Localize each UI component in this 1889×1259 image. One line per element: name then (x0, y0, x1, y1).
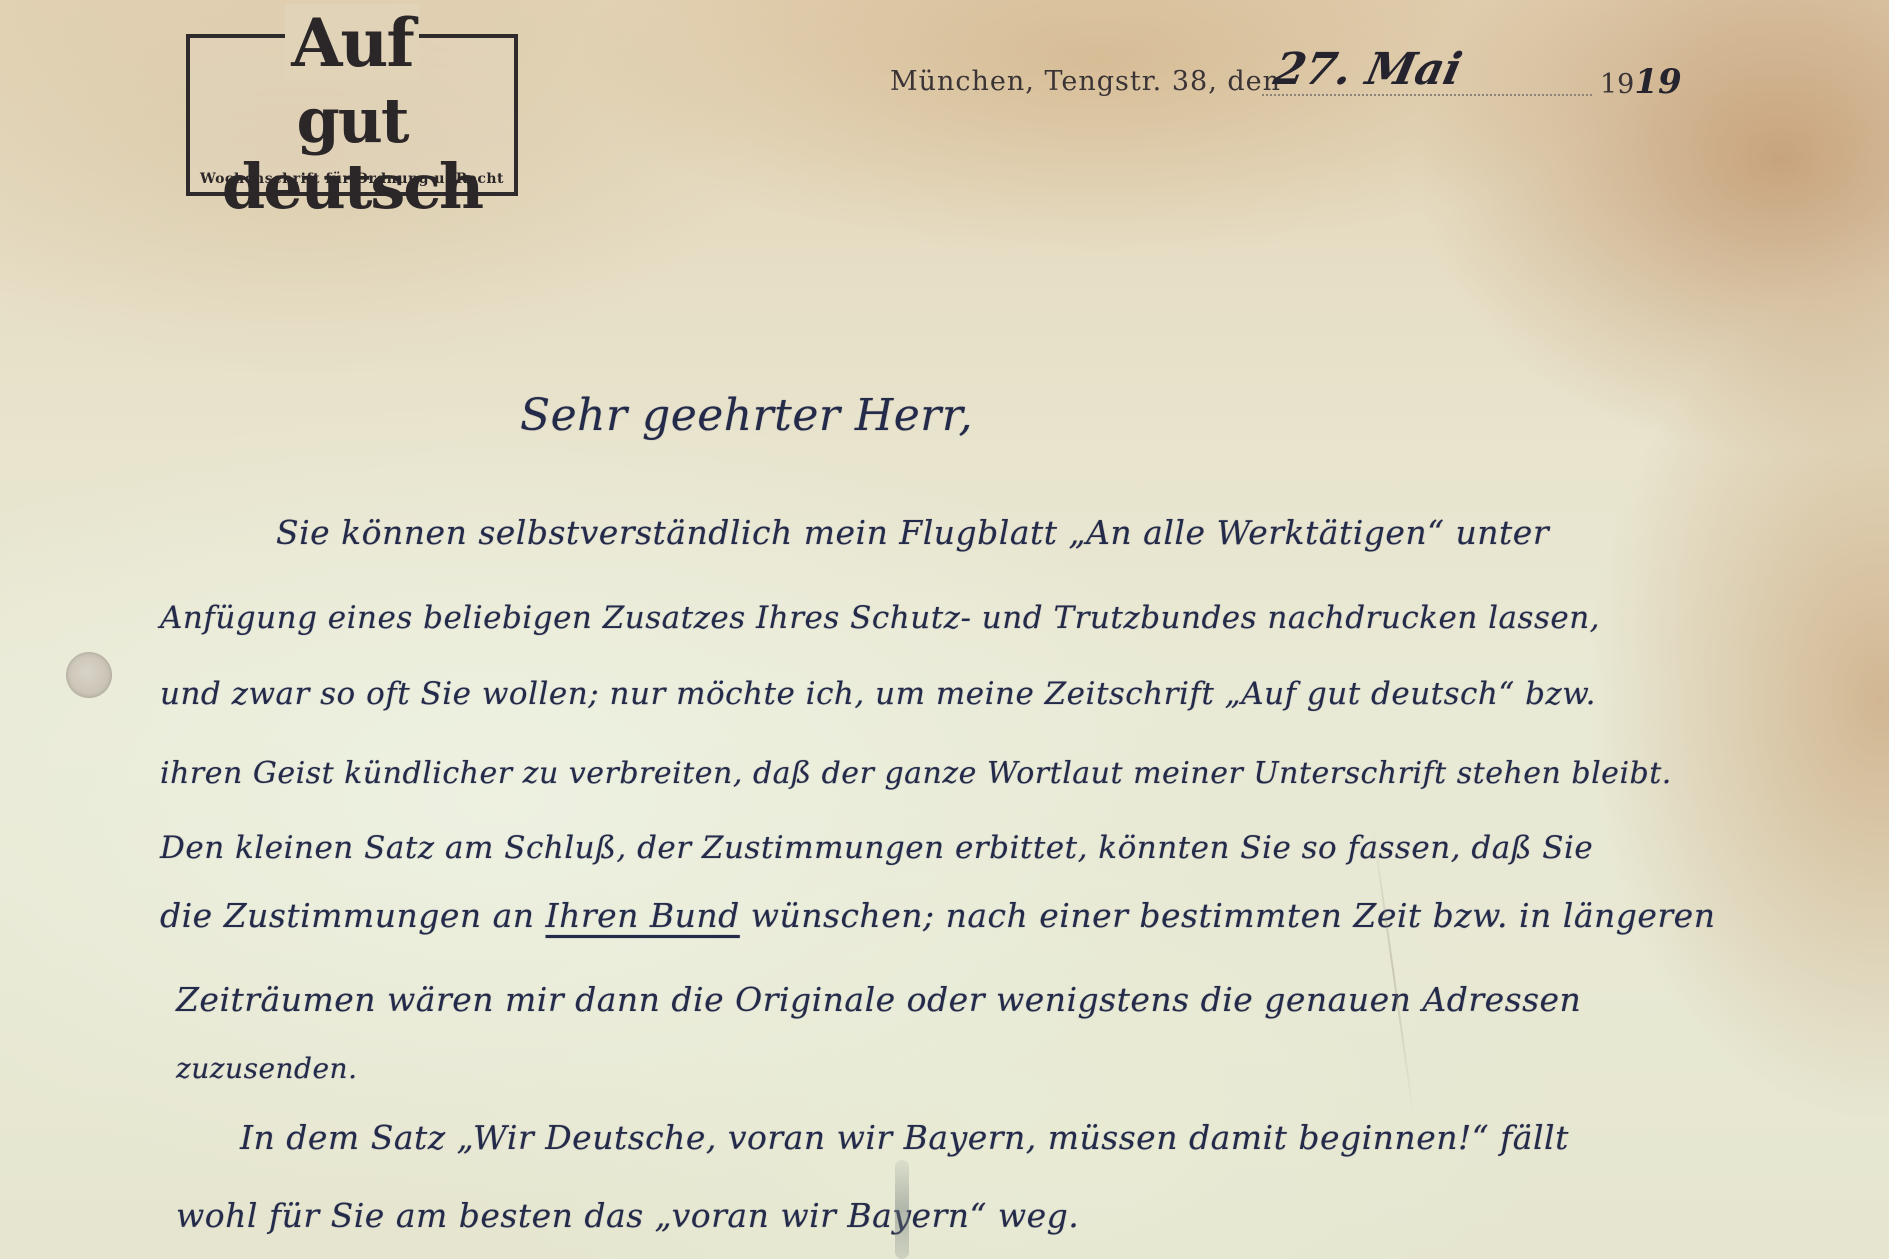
letter-line-8: zuzusenden. (176, 1052, 357, 1085)
dateline-year: 1919 (1600, 62, 1682, 102)
letter-line-10: wohl für Sie am besten das „voran wir Ba… (176, 1196, 1079, 1235)
letter-line-6-end: wünschen; nach einer bestimmten Zeit bzw… (751, 896, 1716, 935)
letter-line-2: Anfügung eines beliebigen Zusatzes Ihres… (160, 600, 1600, 636)
dateline-handwritten-date: 27. Mai (1270, 44, 1467, 95)
letter-line-6: die Zustimmungen an Ihren Bund wünschen;… (160, 896, 1715, 935)
dateline-printed-address: München, Tengstr. 38, den (890, 66, 1281, 97)
logo-title-line2: gut deutsch (190, 88, 514, 220)
ink-smudge-mark (895, 1160, 909, 1259)
letter-line-3: und zwar so oft Sie wollen; nur möchte i… (160, 676, 1596, 712)
logo-subtitle: Wochenschrift für Ordnung u. Recht (194, 170, 510, 188)
letter-line-1: Sie können selbstverständlich mein Flugb… (276, 513, 1549, 552)
underlined-phrase: Ihren Bund (546, 896, 740, 935)
letter-line-9: In dem Satz „Wir Deutsche, voran wir Bay… (240, 1118, 1569, 1157)
year-handwritten: 19 (1634, 62, 1681, 102)
punch-hole-mark (66, 652, 112, 698)
logo-title-line1: Auf (190, 8, 514, 78)
year-printed: 19 (1600, 69, 1634, 100)
dateline: München, Tengstr. 38, den 27. Mai 1919 (890, 50, 1680, 120)
letter-line-6-start: die Zustimmungen an (160, 896, 535, 935)
letter-line-4: ihren Geist kündlicher zu verbreiten, da… (160, 756, 1672, 791)
letter-salutation: Sehr geehrter Herr, (520, 390, 973, 441)
letter-line-7: Zeiträumen wären mir dann die Originale … (176, 980, 1581, 1019)
letterhead-logo: Auf gut deutsch Wochenschrift für Ordnun… (186, 34, 518, 196)
